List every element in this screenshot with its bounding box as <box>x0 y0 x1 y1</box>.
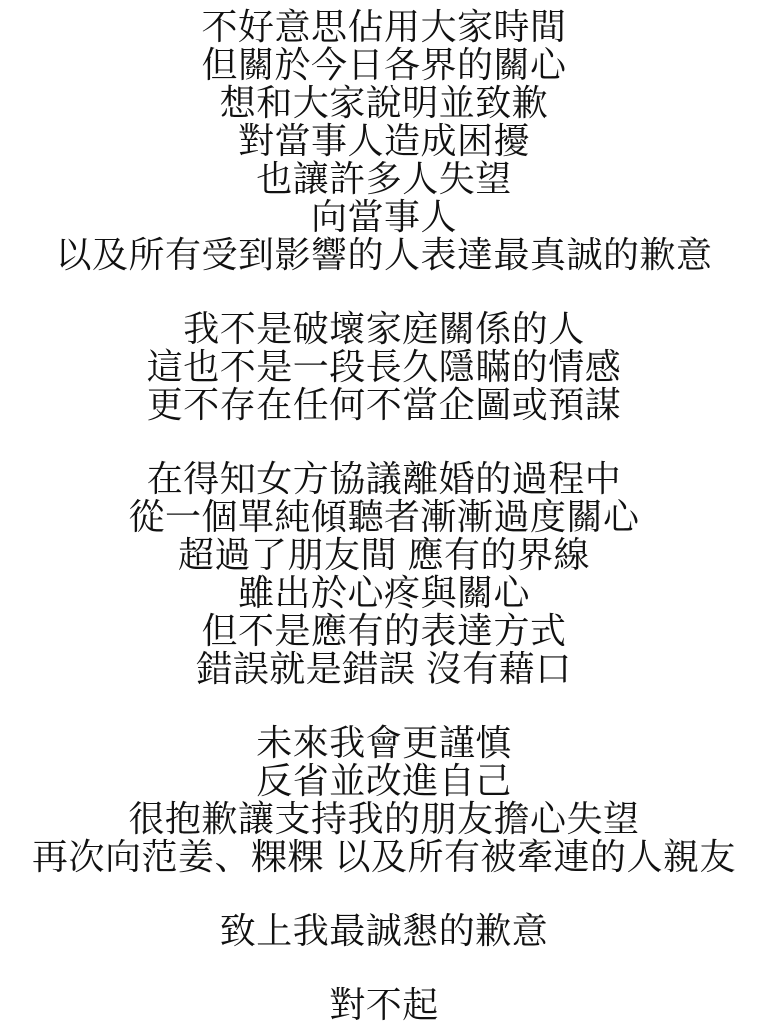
statement-line: 在得知女方協議離婚的過程中 <box>0 460 768 498</box>
statement-line: 這也不是一段長久隱瞞的情感 <box>0 348 768 386</box>
statement-paragraph: 致上我最誠懇的歉意 <box>0 912 768 950</box>
statement-paragraph: 不好意思佔用大家時間 但關於今日各界的關心 想和大家說明並致歉 對當事人造成困擾… <box>0 8 768 274</box>
statement-line: 再次向范姜、粿粿 以及所有被牽連的人親友 <box>0 838 768 876</box>
statement-line: 雖出於心疼與關心 <box>0 574 768 612</box>
statement-line: 錯誤就是錯誤 沒有藉口 <box>0 650 768 688</box>
statement-line: 很抱歉讓支持我的朋友擔心失望 <box>0 800 768 838</box>
statement-closing: 對不起 <box>0 986 768 1024</box>
statement-paragraph: 未來我會更謹慎 反省並改進自己 很抱歉讓支持我的朋友擔心失望 再次向范姜、粿粿 … <box>0 724 768 876</box>
statement-line: 向當事人 <box>0 198 768 236</box>
statement-line: 反省並改進自己 <box>0 762 768 800</box>
statement-line: 更不存在任何不當企圖或預謀 <box>0 386 768 424</box>
statement-line: 未來我會更謹慎 <box>0 724 768 762</box>
statement-line: 以及所有受到影響的人表達最真誠的歉意 <box>0 236 768 274</box>
statement-line: 但關於今日各界的關心 <box>0 46 768 84</box>
statement-line: 我不是破壞家庭關係的人 <box>0 310 768 348</box>
apology-statement: 不好意思佔用大家時間 但關於今日各界的關心 想和大家說明並致歉 對當事人造成困擾… <box>0 0 768 1024</box>
statement-line: 也讓許多人失望 <box>0 160 768 198</box>
statement-paragraph: 我不是破壞家庭關係的人 這也不是一段長久隱瞞的情感 更不存在任何不當企圖或預謀 <box>0 310 768 424</box>
statement-line: 不好意思佔用大家時間 <box>0 8 768 46</box>
statement-line: 想和大家說明並致歉 <box>0 84 768 122</box>
statement-paragraph: 在得知女方協議離婚的過程中 從一個單純傾聽者漸漸過度關心 超過了朋友間 應有的界… <box>0 460 768 688</box>
statement-line: 對不起 <box>0 986 768 1024</box>
statement-line: 超過了朋友間 應有的界線 <box>0 536 768 574</box>
statement-line: 從一個單純傾聽者漸漸過度關心 <box>0 498 768 536</box>
statement-line: 致上我最誠懇的歉意 <box>0 912 768 950</box>
statement-line: 但不是應有的表達方式 <box>0 612 768 650</box>
statement-line: 對當事人造成困擾 <box>0 122 768 160</box>
